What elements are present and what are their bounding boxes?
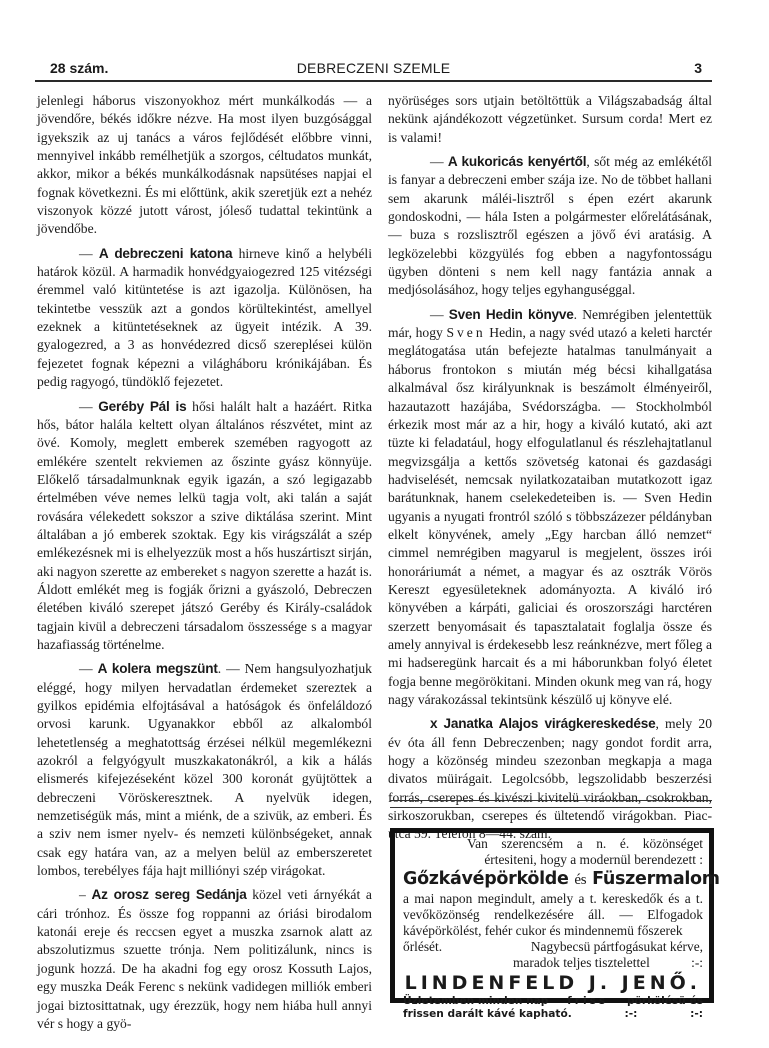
ad-closing-line2: maradok teljes tisztelettel :-:: [403, 955, 703, 971]
page-number: 3: [694, 60, 702, 76]
article-headline: A kolera megszünt: [98, 661, 218, 676]
article-dash: —: [79, 661, 93, 676]
advertisement-box: Van szerencsém a n. é. közönséget értesi…: [390, 828, 714, 1003]
continuation-paragraph: jelenlegi háborus viszonyokhoz mért munk…: [37, 92, 372, 239]
article-dash: –: [79, 887, 86, 902]
ad-closing-line1: őrlését. Nagybecsü pártfogásukat kérve,: [403, 939, 703, 955]
article-headline: Sven Hedin könyve: [449, 307, 574, 322]
article-body: Hedin, a nagy svéd utazó a keleti harcté…: [388, 325, 712, 707]
ad-footer-spaced: friss: [567, 995, 608, 1008]
article-sven-hedin: — Sven Hedin könyve. Nemrégiben jelentet…: [388, 306, 712, 710]
article-kukoricas-kenyer: — A kukoricás kenyértől, sőt még az emlé…: [388, 153, 712, 300]
ad-brand-conjunction: és: [574, 872, 586, 888]
article-janatka: x Janatka Alajos virágkereskedése, mely …: [388, 715, 712, 843]
article-body: hősi halált halt a hazáért. Ritka hős, b…: [37, 399, 372, 652]
ad-footer-mark: :-:: [625, 1008, 638, 1021]
continuation-paragraph: nyörüséges sors utjain betöltöttük a Vil…: [388, 92, 712, 147]
article-body: , mely 20 év óta áll fenn Debreczenben; …: [388, 716, 712, 841]
ad-footer-line1: Üzletemben minden nap friss pörkölésü és: [403, 995, 703, 1008]
article-headline: Az orosz sereg Sedánja: [91, 887, 246, 902]
ad-intro: Van szerencsém a n. é. közönséget értesi…: [403, 836, 703, 868]
article-debreczeni-katona: — A debreczeni katona hirneve kinő a hel…: [37, 245, 372, 392]
spaced-name: Sven: [446, 325, 485, 340]
ad-brand-part2: Füszermalom: [592, 869, 720, 889]
article-headline: Geréby Pál is: [98, 399, 186, 414]
article-body: , sőt még az emlékétől is fanyar a debre…: [388, 154, 712, 297]
ad-body: a mai napon megindult, amely a t. keresk…: [403, 891, 703, 939]
left-column: jelenlegi háborus viszonyokhoz mért munk…: [37, 92, 372, 1033]
ad-closing-text: maradok teljes tisztelettel: [513, 955, 650, 971]
article-body: hirneve kinő a helybéli határok közül. A…: [37, 246, 372, 389]
article-kolera: — A kolera megszünt. — Nem hangsulyozhat…: [37, 660, 372, 880]
article-body: . — Nem hangsulyozhatjuk eléggé, hogy mi…: [37, 661, 372, 878]
ad-brand-part1: Gőzkávépörkölde: [403, 869, 569, 889]
ad-closing-right: Nagybecsü pártfogásukat kérve,: [531, 939, 703, 955]
right-column: nyörüséges sors utjain betöltöttük a Vil…: [388, 92, 712, 844]
page-header: 28 szám. DEBRECZENI SZEMLE 3: [35, 58, 712, 82]
ad-brand: Gőzkávépörkölde és Füszermalom: [403, 868, 703, 891]
ad-footer-text: frissen darált kávé kapható.: [403, 1008, 572, 1021]
article-dash: —: [79, 399, 93, 414]
section-divider: [390, 800, 712, 808]
newspaper-title: DEBRECZENI SZEMLE: [35, 60, 712, 76]
ad-footer-text: pörkölésü és: [627, 995, 703, 1008]
article-orosz-sereg: – Az orosz sereg Sedánja közel veti árny…: [37, 886, 372, 1033]
ad-closing-mark: :-:: [691, 955, 703, 971]
ad-footer-text: Üzletemben minden nap: [403, 995, 548, 1008]
article-headline: A kukoricás kenyértől: [448, 154, 586, 169]
article-dash: —: [430, 307, 444, 322]
ad-footer: Üzletemben minden nap friss pörkölésü és…: [403, 995, 703, 1021]
article-body: közel veti árnyékát a cári trónhoz. És ö…: [37, 887, 372, 1030]
ad-footer-line2: frissen darált kávé kapható. :-: :-:: [403, 1008, 703, 1021]
article-marker: x: [430, 716, 437, 731]
ad-closing-left: őrlését.: [403, 939, 442, 955]
article-dash: —: [430, 154, 444, 169]
article-geréby-pal: — Geréby Pál is hősi halált halt a hazáé…: [37, 398, 372, 655]
article-headline: A debreczeni katona: [99, 246, 233, 261]
ad-footer-mark: :-:: [690, 1008, 703, 1021]
ad-signature: LINDENFELD J. JENŐ.: [403, 971, 703, 995]
article-headline: Janatka Alajos virágkereskedése: [444, 716, 656, 731]
article-dash: —: [79, 246, 93, 261]
